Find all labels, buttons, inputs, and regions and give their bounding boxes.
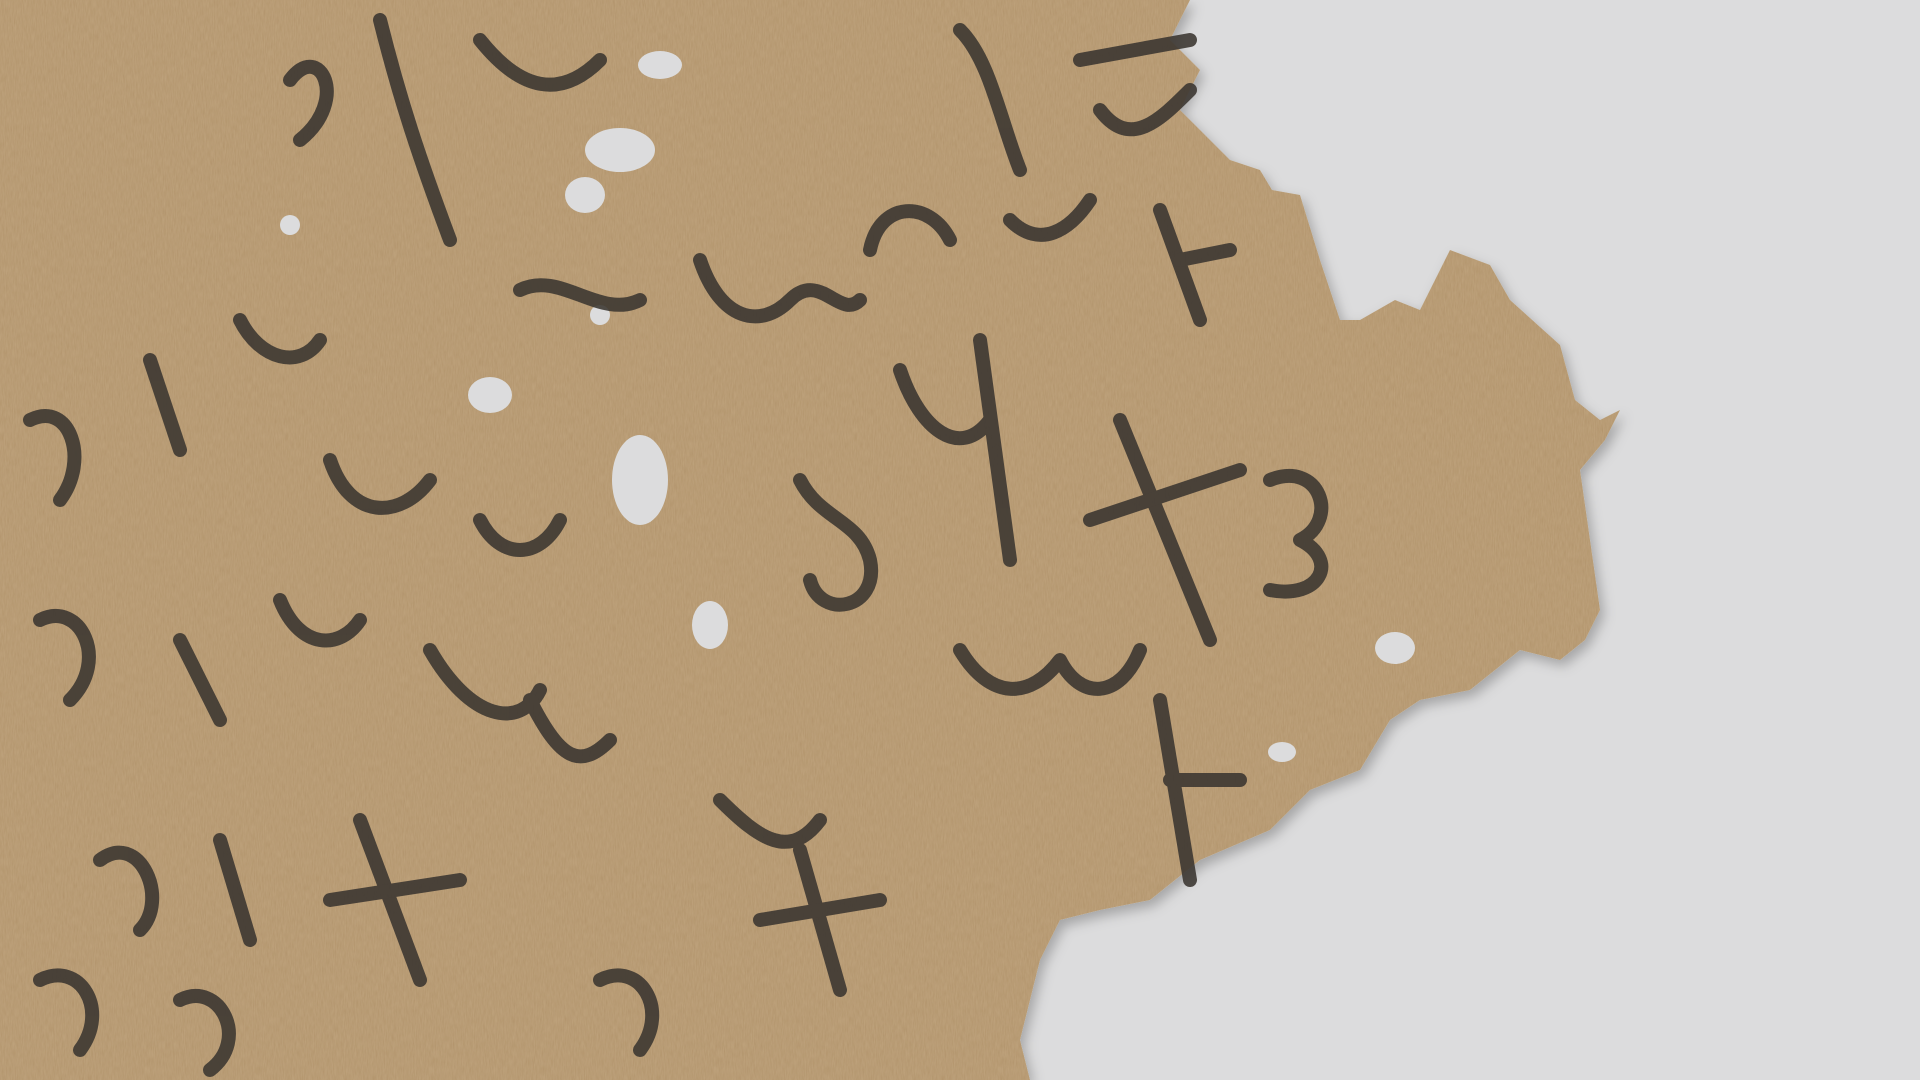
papyrus-fragment (0, 0, 1920, 1080)
photo-scene (0, 0, 1920, 1080)
